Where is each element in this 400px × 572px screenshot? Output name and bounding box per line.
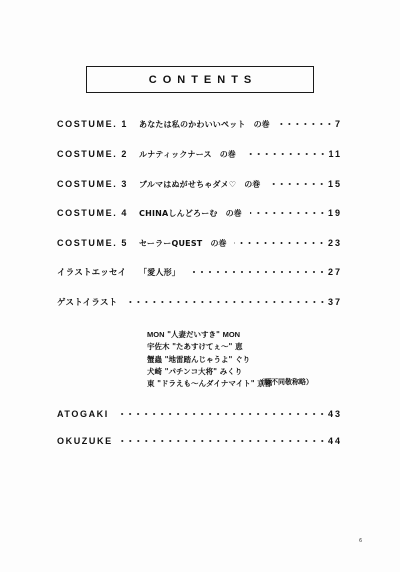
entry-suffix: の巻 [220, 149, 236, 160]
guest-item: 宇佐木 "たあすけてぇ〜" 恵 [147, 341, 347, 352]
dot-leader [244, 153, 327, 155]
dot-leader [117, 413, 326, 415]
folio-page-number: 6 [359, 538, 362, 544]
entry-subtitle: セーラーQUEST [139, 238, 202, 249]
toc-entry-okuzuke[interactable]: OKUZUKE 44 [57, 434, 342, 448]
entry-subtitle: ルナティックナース [139, 149, 212, 160]
guest-item: 東 "ドラえも〜んダイナマイト" 京都 [147, 378, 347, 389]
entry-page-number: 15 [328, 179, 342, 189]
guest-title: "地雷踏んじゃうよ" [165, 355, 233, 364]
dot-leader [278, 123, 333, 125]
entry-label: イラストエッセイ [57, 266, 139, 278]
toc-entry-costume-2[interactable]: COSTUME. 2 ルナティックナース の巻 11 [57, 147, 342, 161]
guest-title: "人妻だいすき" [167, 330, 220, 339]
contents-title: CONTENTS [143, 74, 258, 86]
dot-leader [188, 271, 326, 273]
guest-title: "パチンコ大将" [165, 367, 217, 376]
guest-note: （順不同敬称略） [257, 377, 313, 387]
entry-suffix: の巻 [244, 179, 260, 190]
guest-author: ぐり [235, 355, 250, 364]
toc-entry-costume-4[interactable]: COSTUME. 4 CHINAしんどろーむ の巻 19 [57, 206, 342, 220]
contents-page: CONTENTS COSTUME. 1 あなたは私のかわいいペット の巻 7 C… [0, 0, 400, 572]
guest-author: MON [223, 330, 241, 339]
entry-suffix: の巻 [254, 119, 270, 130]
entry-page-number: 7 [335, 119, 342, 129]
entry-page-number: 23 [328, 238, 342, 248]
entry-label: COSTUME. 3 [57, 179, 139, 189]
guest-name: MON [147, 330, 165, 339]
toc-entry-illust-essay[interactable]: イラストエッセイ 「愛人形」 27 [57, 265, 342, 279]
guest-item: MON "人妻だいすき" MON [147, 329, 347, 340]
dot-leader [126, 301, 326, 303]
entry-suffix: の巻 [226, 208, 242, 219]
guest-title: "ドラえも〜んダイナマイト" [157, 379, 255, 388]
toc-entry-costume-1[interactable]: COSTUME. 1 あなたは私のかわいいペット の巻 7 [57, 117, 342, 131]
guest-author: 恵 [235, 342, 243, 351]
guest-name: 宇佐木 [147, 342, 170, 351]
guest-list: MON "人妻だいすき" MON 宇佐木 "たあすけてぇ〜" 恵 蟹蟲 "地雷踏… [147, 329, 347, 390]
entry-subtitle: ブルマはぬがせちゃダメ♡ [139, 179, 236, 190]
entry-label: ATOGAKI [57, 409, 109, 419]
dot-leader [234, 242, 326, 244]
dot-leader [268, 183, 326, 185]
dot-leader [121, 440, 326, 442]
toc-entry-costume-5[interactable]: COSTUME. 5 セーラーQUEST の巻 23 [57, 236, 342, 250]
entry-subtitle: CHINAしんどろーむ [139, 208, 218, 219]
entry-page-number: 44 [328, 436, 342, 446]
entry-label: COSTUME. 1 [57, 119, 139, 129]
entry-label: OKUZUKE [57, 436, 113, 446]
entry-page-number: 19 [328, 208, 342, 218]
entry-subtitle: 「愛人形」 [139, 267, 180, 278]
guest-name: 蟹蟲 [147, 355, 162, 364]
guest-name: 東 [147, 379, 155, 388]
toc-entry-atogaki[interactable]: ATOGAKI 43 [57, 407, 342, 421]
toc-entry-costume-3[interactable]: COSTUME. 3 ブルマはぬがせちゃダメ♡ の巻 15 [57, 177, 342, 191]
guest-title: "たあすけてぇ〜" [172, 342, 232, 351]
entry-label: COSTUME. 2 [57, 149, 139, 159]
guest-item: 蟹蟲 "地雷踏んじゃうよ" ぐり [147, 354, 347, 365]
guest-author: みくり [220, 367, 243, 376]
entry-suffix: の巻 [210, 238, 226, 249]
entry-page-number: 43 [328, 409, 342, 419]
entry-page-number: 37 [328, 297, 342, 307]
entry-label: ゲストイラスト [57, 296, 118, 308]
contents-title-box: CONTENTS [86, 66, 314, 93]
entry-subtitle: あなたは私のかわいいペット [139, 119, 246, 130]
guest-item: 犬崎 "パチンコ大将" みくり [147, 366, 347, 377]
entry-page-number: 27 [328, 267, 342, 277]
entry-label: COSTUME. 5 [57, 238, 139, 248]
entry-label: COSTUME. 4 [57, 208, 139, 218]
toc-entry-guest-illust[interactable]: ゲストイラスト 37 [57, 295, 342, 309]
guest-name: 犬崎 [147, 367, 162, 376]
entry-page-number: 11 [328, 149, 342, 159]
dot-leader [250, 212, 326, 214]
